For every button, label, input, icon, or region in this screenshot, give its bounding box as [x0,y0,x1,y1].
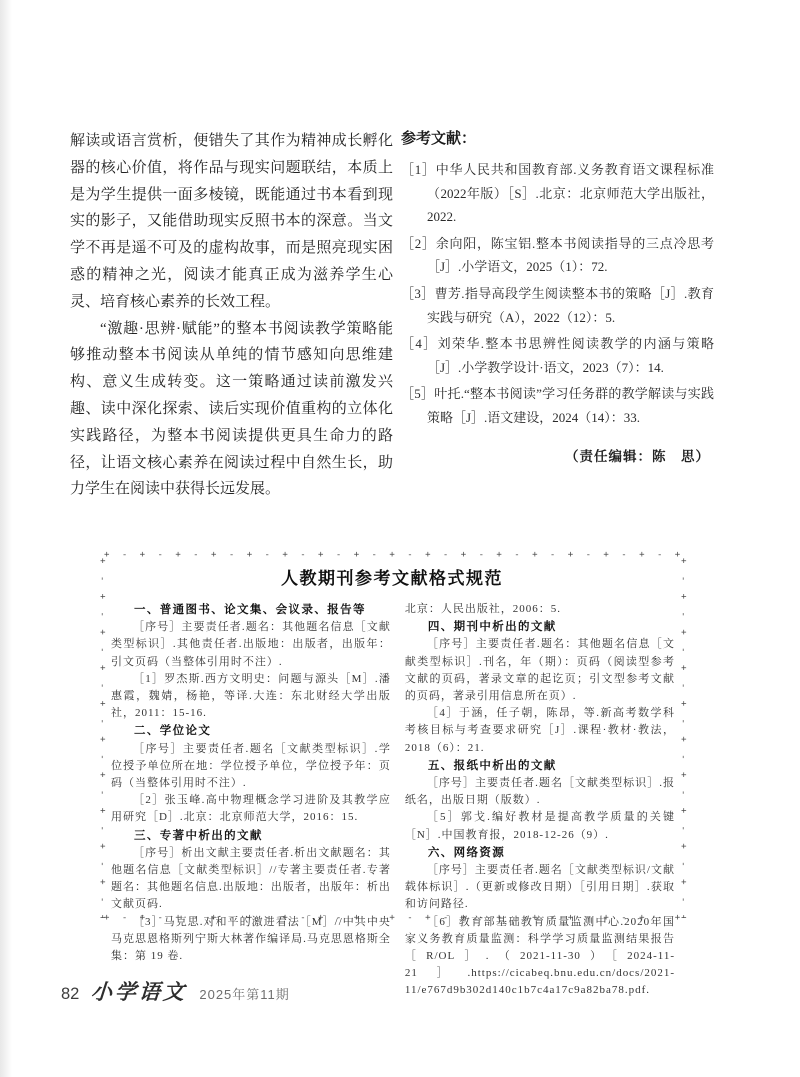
stitched-border-bottom: + - + - + - + - + - + - + - + - + - + - … [104,914,682,923]
reference-format-box: + - + - + - + - + - + - + - + - + - + - … [97,551,687,923]
reference-text: 余向阳，陈宝铝.整本书阅读指导的三点冷思考［J］.小学语文，2025（1）：72… [427,236,714,275]
reference-item: ［4］刘荣华.整本书思辨性阅读教学的内涵与策略［J］.小学教学设计·语文，202… [401,332,714,379]
format-box-block: 二、学位论文 [111,723,391,740]
format-box-block: 四、期刊中析出的文献 [405,619,675,636]
reference-number: ［4］ [401,336,438,351]
editor-note: （责任编辑：陈 思） [401,445,710,465]
issue-label: 2025年第11期 [199,984,289,1003]
format-box-block: ［序号］主要责任者.题名：其他题名信息［文献类型标识］.其他责任者.出版地：出版… [111,619,391,671]
stitched-border-right: + - + - + - + - + - + - + - + - + - + - … [678,558,687,918]
reference-item: ［5］叶托.“整本书阅读”学习任务群的教学解读与实践策略［J］.语文建设，202… [401,382,714,429]
format-box-block: 五、报纸中析出的文献 [405,758,675,775]
article-paragraph: “激趣·思辨·赋能”的整本书阅读教学策略能够推动整本书阅读从单纯的情节感知向思维… [70,316,393,504]
page-footer: 82 小学语文 2025年第11期 [61,976,290,1006]
format-box-block: 北京：人民出版社，2006：5. [405,601,675,618]
reference-item: ［2］余向阳，陈宝铝.整本书阅读指导的三点冷思考［J］.小学语文，2025（1）… [401,232,714,279]
article-paragraph: 解读或语言赏析，便错失了其作为精神成长孵化器的核心价值，将作品与现实问题联结，本… [70,128,393,316]
format-box-left-column: 一、普通图书、论文集、会议录、报告等 ［序号］主要责任者.题名：其他题名信息［文… [111,601,391,1000]
reference-text: 叶托.“整本书阅读”学习任务群的教学解读与实践策略［J］.语文建设，2024（1… [427,386,714,425]
format-box-block: ［序号］主要责任者.题名：其他题名信息［文献类型标识］.刊名，年（期）：页码（阅… [405,636,675,705]
reference-text: 曹芳.指导高段学生阅读整本书的策略［J］.教育实践与研究（A），2022（12）… [427,286,714,325]
format-box-columns: 一、普通图书、论文集、会议录、报告等 ［序号］主要责任者.题名：其他题名信息［文… [97,591,687,1000]
format-box-block: ［1］罗杰斯.西方文明史：问题与源头［M］.潘惠霞，魏婧，杨艳，等译.大连：东北… [111,671,391,723]
format-box-block: ［6］教育部基础教育质量监测中心.2020年国家义务教育质量监测：科学学习质量监… [405,914,675,1000]
reference-number: ［2］ [401,236,436,251]
reference-item: ［1］中华人民共和国教育部.义务教育语文课程标准（2022年版）［S］.北京：北… [401,158,714,229]
references-list: ［1］中华人民共和国教育部.义务教育语文课程标准（2022年版）［S］.北京：北… [401,158,714,430]
format-box-block: ［序号］析出文献主要责任者.析出文献题名：其他题名信息［文献类型标识］//专著主… [111,845,391,914]
format-box-block: 三、专著中析出的文献 [111,828,391,845]
format-box-block: 六、网络资源 [405,845,675,862]
format-box-block: ［序号］主要责任者.题名［文献类型标识］.报纸名，出版日期（版数）. [405,775,675,809]
references-heading: 参考文献： [401,128,714,150]
format-box-block: ［序号］主要责任者.题名［文献类型标识］.学位授予单位所在地：学位授予单位，学位… [111,741,391,793]
format-box-block: ［4］于涵，任子朝，陈昂，等.新高考数学科考核目标与考查要求研究［J］.课程·教… [405,705,675,757]
format-box-block: ［2］张玉峰.高中物理概念学习进阶及其教学应用研究［D］.北京：北京师范大学，2… [111,792,391,826]
reference-text: 中华人民共和国教育部.义务教育语文课程标准（2022年版）［S］.北京：北京师范… [427,162,714,224]
reference-text: 刘荣华.整本书思辨性阅读教学的内涵与策略［J］.小学教学设计·语文，2023（7… [427,336,714,375]
reference-number: ［5］ [401,386,434,401]
format-box-block: ［5］郭戈.编好教材是提高教学质量的关键［N］.中国教育报，2018-12-26… [405,809,675,843]
stitched-border-top: + - + - + - + - + - + - + - + - + - + - … [104,551,682,560]
reference-number: ［1］ [401,162,436,177]
reference-number: ［3］ [401,286,435,301]
journal-logo: 小学语文 [90,976,188,1006]
stitched-border-left: + - + - + - + - + - + - + - + - + - + - … [97,558,106,918]
scan-edge-shadow [0,0,12,1077]
references-column: 参考文献： ［1］中华人民共和国教育部.义务教育语文课程标准（2022年版）［S… [401,128,714,465]
article-text-column: 解读或语言赏析，便错失了其作为精神成长孵化器的核心价值，将作品与现实问题联结，本… [70,128,393,503]
page-number: 82 [61,985,79,1004]
format-box-block: ［序号］主要责任者.题名［文献类型标识/文献载体标识］.（更新或修改日期）［引用… [405,862,675,914]
reference-item: ［3］曹芳.指导高段学生阅读整本书的策略［J］.教育实践与研究（A），2022（… [401,282,714,329]
format-box-right-column: 北京：人民出版社，2006：5. 四、期刊中析出的文献 ［序号］主要责任者.题名… [405,601,675,1000]
format-box-block: 一、普通图书、论文集、会议录、报告等 [111,602,391,619]
